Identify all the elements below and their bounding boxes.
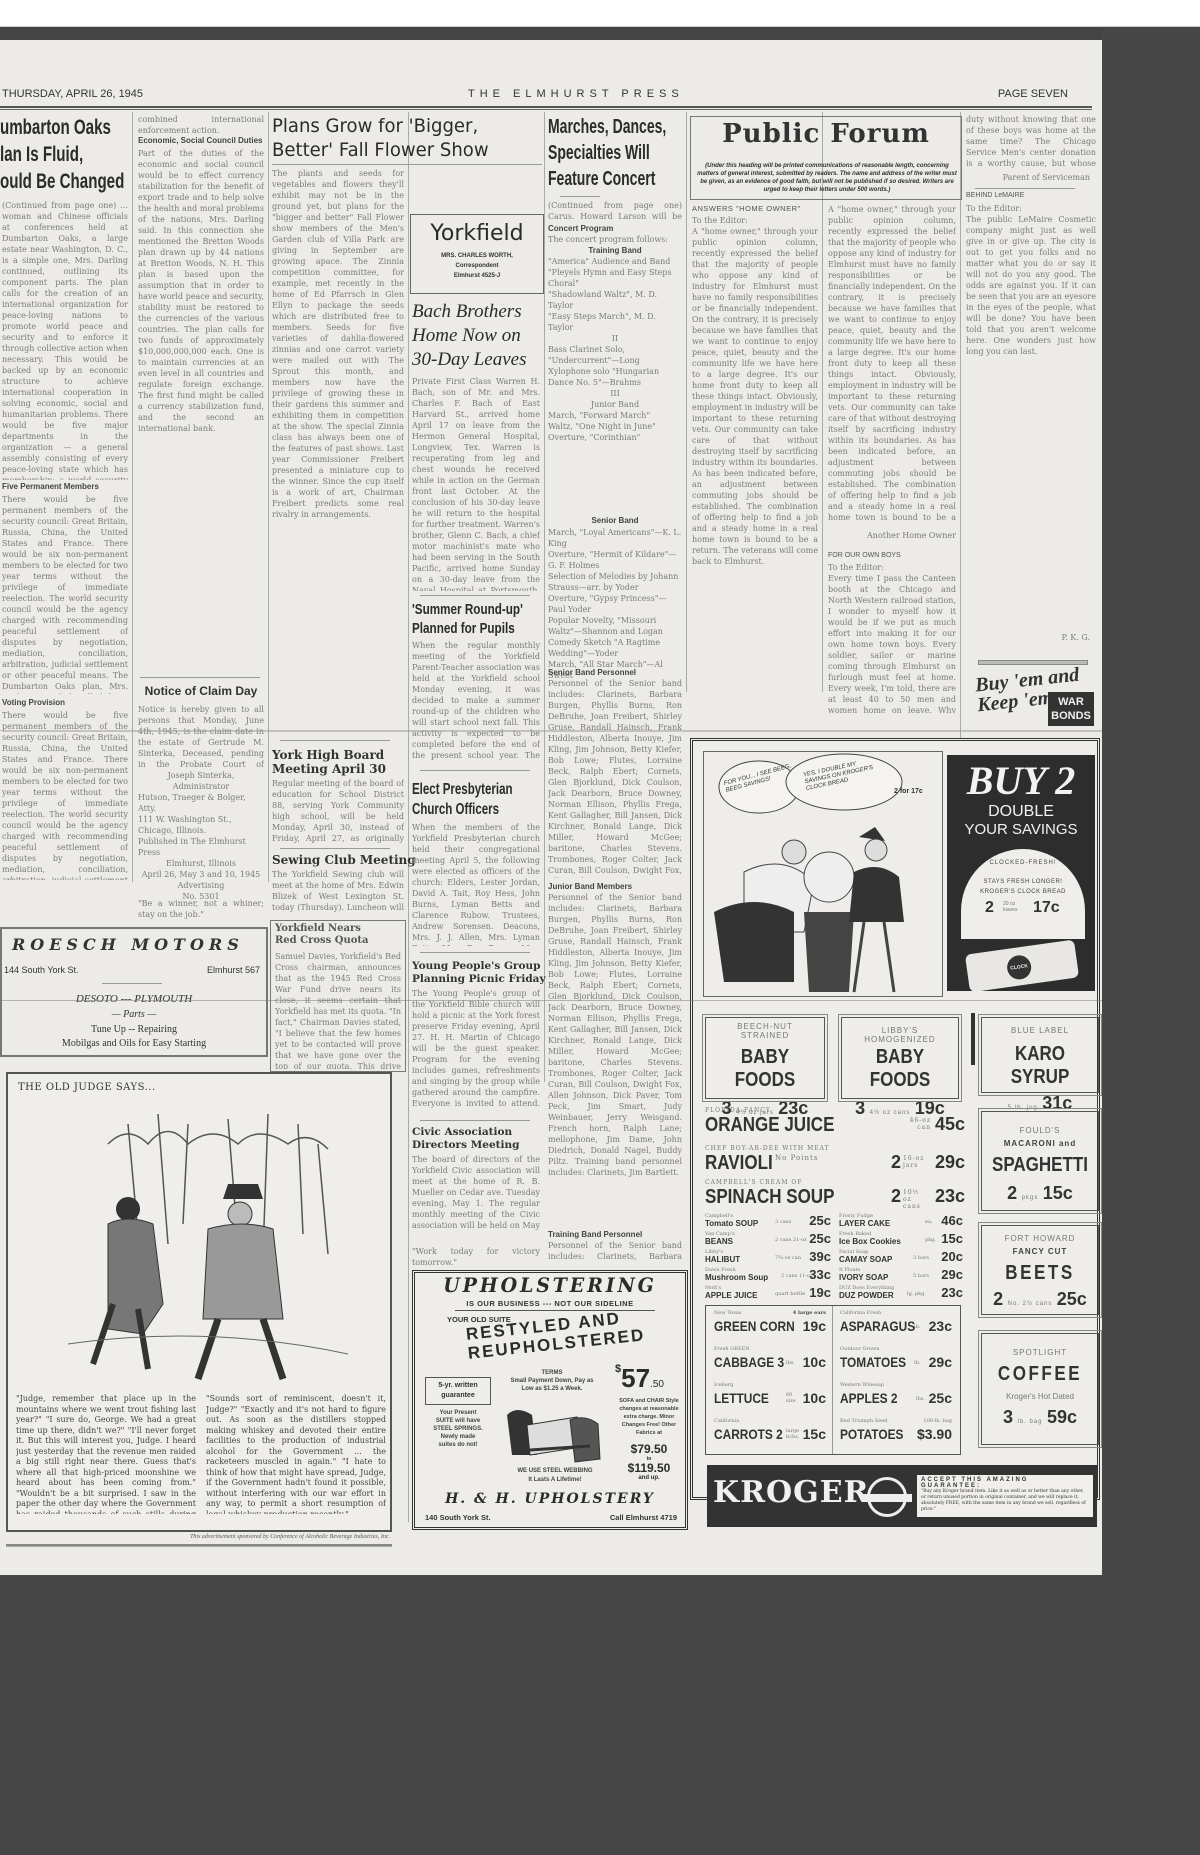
public-forum-title: Public Forum [691, 119, 961, 149]
kroger-logo: KROGER [713, 1475, 870, 1510]
small-item: Frosty FudgeLAYER CAKEea.46c [839, 1213, 963, 1231]
concert-section-items: "America" Audience and Band "Pleyels Hym… [548, 256, 682, 443]
viewer-right-border [1102, 27, 1200, 1855]
concert-senior-band: Senior Band [548, 516, 682, 525]
dumbarton-subhead-2: Voting Provision [2, 698, 65, 707]
uph-price-desc: SOFA and CHAIR Style changes at reasonab… [615, 1397, 683, 1437]
public-forum-notice: (Under this heading will be printed comm… [696, 162, 958, 194]
product-box-libbys: LIBBY'S HOMOGENIZED BABY FOODS 3 4½ oz c… [841, 1017, 959, 1099]
produce-box: New Texas4 large earsGREEN CORN19c Fresh… [705, 1305, 961, 1455]
sewing-body: The Yorkfield Sewing club will meet at t… [272, 869, 404, 913]
issue-date: THURSDAY, APRIL 26, 1945 [2, 88, 143, 100]
kroger-guarantee: ACCEPT THIS AMAZING GUARANTEE: "Buy any … [917, 1475, 1093, 1517]
viewer-top-border [0, 27, 1200, 40]
claim-signer: Joseph Sinterka, [138, 770, 264, 781]
uph-tagline: IS OUR BUSINESS --- NOT OUR SIDELINE [415, 1299, 685, 1308]
flower-show-headline: Plans Grow for 'Bigger, Better' Fall Flo… [272, 114, 489, 162]
concert-headline: Marches, Dances, Specialties Will Featur… [548, 114, 666, 192]
masthead: THURSDAY, APRIL 26, 1945 THE ELMHURST PR… [0, 88, 1100, 104]
old-judge-right-text: "Sounds sort of reminiscent, doesn't it,… [206, 1394, 386, 1514]
yorkfield-phone: Elmhurst 4525-J [411, 273, 543, 279]
page-number: PAGE SEVEN [998, 88, 1068, 100]
civic-headline: Civic Association Directors Meeting [412, 1126, 519, 1152]
product-box-beets: FORT HOWARD FANCY CUT BEETS 2 No. 2½ can… [981, 1225, 1099, 1315]
kroger-seal-icon [867, 1477, 907, 1517]
newspaper-page: THURSDAY, APRIL 26, 1945 THE ELMHURST PR… [0, 40, 1102, 1575]
claim-signer-role: Administrator [138, 781, 264, 792]
viewer-bottom-border [0, 1575, 1102, 1855]
item-ravioli: CHEF BOY-AR-DEE WITH MEAT RAVIOLI No Poi… [705, 1145, 967, 1179]
concert-junior-head: Junior Band Members [548, 882, 632, 891]
red-cross-body: Samuel Davies, Yorkfield's Red Cross cha… [275, 951, 401, 1069]
masthead-rule [0, 106, 1092, 110]
roesch-parts: — Parts — [2, 1009, 266, 1020]
produce-left: New Texas4 large earsGREEN CORN19c Fresh… [714, 1310, 826, 1454]
item-spinach-soup: CAMPBELL'S CREAM OF SPINACH SOUP 2 10½ o… [705, 1179, 967, 1213]
paper-name: THE ELMHURST PRESS [468, 88, 684, 100]
economic-subhead: Economic, Social Council Duties [138, 136, 262, 145]
summer-roundup-headline: 'Summer Round-up' Planned for Pupils [412, 600, 523, 638]
claim-dates: April 26, May 3 and 10, 1945 [138, 869, 264, 880]
roesch-phone: Elmhurst 567 [207, 965, 260, 975]
viewer-top-margin [0, 0, 1200, 27]
roesch-name: ROESCH MOTORS [12, 935, 244, 954]
produce-item: California Freshlb.ASPARAGUS23c [840, 1310, 952, 1346]
ad-upholstering: UPHOLSTERING IS OUR BUSINESS --- NOT OUR… [412, 1270, 688, 1530]
old-judge-sponsor: This advertisement sponsored by Conferen… [180, 1534, 390, 1540]
small-item: Campbell'sTomato SOUP3 cans25c [705, 1213, 831, 1231]
column-divider [132, 112, 133, 882]
economic-body: Part of the duties of the economic and s… [138, 148, 264, 668]
uph-webbing: WE USE STEEL WEBBING It Lasts A Lifetime… [499, 1467, 611, 1485]
product-box-foulds: FOULD'S MACARONI and SPAGHETTI 2 pkgs 15… [981, 1111, 1099, 1211]
york-high-headline: York High Board Meeting April 30 [272, 748, 386, 776]
column-divider [960, 112, 961, 752]
old-judge-title: THE OLD JUDGE SAYS... [18, 1082, 156, 1093]
concert-program-head: Concert Program [548, 224, 613, 233]
bread-loaf: CLOCK [965, 940, 1079, 993]
ad-kroger: FOR YOU... I SEE BEEG, BEEG SAVINGS! YES… [690, 738, 1100, 1500]
uph-price-range: $79.50 to $119.50 and up. [615, 1443, 683, 1481]
yorkfield-title: Yorkfield [411, 221, 543, 246]
small-item: Facial SoapCAMAY SOAP3 bars20c [839, 1249, 963, 1267]
roesch-address: 144 South York St. [4, 965, 79, 975]
uph-springs: Your Present SUITE will have STEEL SPRIN… [433, 1409, 483, 1449]
concert-section-title: Training Band [548, 246, 682, 255]
uph-phone: Call Elmhurst 4719 [610, 1513, 677, 1522]
uph-title: UPHOLSTERING [422, 1273, 679, 1297]
concert-intro: (Continued from page one) Carus. Howard … [548, 200, 682, 222]
uph-guarantee: 5-yr. written guarantee [425, 1377, 491, 1405]
buy-two-panel: BUY 2 DOUBLE YOUR SAVINGS CLOCKED-FRESH!… [947, 755, 1095, 991]
small-items-right: Frosty FudgeLAYER CAKEea.46c Fresh Baked… [839, 1213, 963, 1303]
produce-item: Iceberg60 sizeLETTUCE10c [714, 1382, 826, 1418]
summer-roundup-body: When the regular monthly meeting of the … [412, 640, 540, 760]
product-box-karo: BLUE LABEL KARO SYRUP 5 lb. jug 31c [981, 1017, 1099, 1093]
column-divider [544, 112, 545, 1082]
small-item: It FloatsIVORY SOAP5 bars29c [839, 1267, 963, 1285]
kroger-banner: KROGER ACCEPT THIS AMAZING GUARANTEE: "B… [707, 1465, 1097, 1527]
sofa-illustration [505, 1405, 605, 1465]
small-item: DUZ Does EverythingDUZ POWDERlg. pkg.23c [839, 1285, 963, 1303]
divider-bar [971, 1013, 975, 1065]
economic-lead: combined international enforcement actio… [138, 114, 264, 136]
produce-item: Outdoor Grownlb.TOMATOES29c [840, 1346, 952, 1382]
small-items-left: Campbell'sTomato SOUP3 cans25c Van Camp'… [705, 1213, 831, 1303]
concert-training-body: Personnel of the Senior band includes: C… [548, 1240, 682, 1262]
presbyterian-body: When the members of the Yorkfield Presby… [412, 822, 540, 946]
column-divider [686, 112, 687, 692]
concert-junior-body: Personnel of the Senior band includes: C… [548, 892, 682, 1228]
dumbarton-subhead: Five Permanent Members [2, 482, 99, 491]
civic-body: The board of directors of the Yorkfield … [412, 1154, 540, 1230]
roesch-oils: Mobilgas and Oils for Easy Starting [2, 1038, 266, 1049]
uph-company: H. & H. UPHOLSTERY [415, 1491, 685, 1507]
dumbarton-body-2: There would be five permanent members of… [2, 494, 128, 694]
product-box-coffee: SPOTLIGHT COFFEE Kroger's Hot Dated 3 lb… [981, 1333, 1099, 1445]
presbyterian-headline: Elect Presbyterian Church Officers [412, 780, 513, 820]
red-cross-headline: Yorkfield Nears Red Cross Quota [275, 923, 369, 947]
yorkfield-column-box: Yorkfield MRS. CHARLES WORTH, Correspond… [410, 214, 544, 294]
wide-items: FLORIDA FANCY ORANGE JUICE 46-oz can 45c… [705, 1107, 967, 1213]
claim-day-body: Notice is hereby given to all persons th… [138, 704, 264, 770]
produce-right: California Freshlb.ASPARAGUS23c Outdoor … [840, 1310, 952, 1454]
small-item: Dawn FreshMushroom Soup2 cans 11-oz33c [705, 1267, 831, 1285]
concert-training-head: Training Band Personnel [548, 1230, 642, 1239]
claim-published-city: Elmhurst, Illinois [138, 858, 264, 869]
york-high-body: Regular meeting of the board of educatio… [272, 778, 404, 844]
clock-bread-label: CLOCK [1006, 954, 1033, 981]
uph-terms: TERMS Small Payment Down, Pay as Low as … [509, 1369, 595, 1393]
claim-day-headline: Notice of Claim Day [138, 684, 264, 698]
yorkfield-role: Correspondent [411, 263, 543, 269]
young-people-headline: Young People's Group Planning Picnic Fri… [412, 960, 546, 986]
sewing-headline: Sewing Club Meeting [272, 853, 416, 867]
kroger-cartoon: FOR YOU... I SEE BEEG, BEEG SAVINGS! YES… [703, 751, 943, 997]
buy-two-heading: BUY 2 [947, 757, 1095, 804]
article-red-cross: Yorkfield Nears Red Cross Quota Samuel D… [270, 920, 406, 1072]
column-divider [268, 112, 269, 882]
small-item: Libby'sHALIBUT7¾-oz can39c [705, 1249, 831, 1267]
bubble-price: 2 for 17c [894, 788, 923, 795]
claim-attorney: Hutson, Traeger & Bolger, Atty. [138, 792, 264, 814]
small-item: Mott'sAPPLE JUICEquart bottle19c [705, 1285, 831, 1303]
uph-address: 140 South York St. [425, 1513, 491, 1522]
produce-item: New Texas4 large earsGREEN CORN19c [714, 1310, 826, 1346]
roesch-brands: DESOTO --- PLYMOUTH [2, 993, 266, 1005]
item-orange-juice: FLORIDA FANCY ORANGE JUICE 46-oz can 45c [705, 1107, 967, 1145]
double-text: DOUBLE [947, 803, 1095, 821]
claim-city: Chicago, Illinois. [138, 825, 264, 836]
bach-headline: Bach Brothers Home Now on 30-Day Leaves [412, 300, 527, 372]
young-people-body: The Young People's group of the Yorkfiel… [412, 988, 540, 1108]
bread-price-disc: CLOCKED-FRESH! STAYS FRESH LONGER! KROGE… [961, 849, 1085, 939]
war-bonds-badge: WAR BONDS [1048, 692, 1094, 726]
small-item: Van Camp'sBEANS2 cans 21-oz25c [705, 1231, 831, 1249]
old-judge-rule [6, 1544, 392, 1547]
small-item: Fresh BakedIce Box Cookiespkg.15c [839, 1231, 963, 1249]
claim-quote: "Be a winner, not a whiner; stay on the … [138, 898, 264, 920]
produce-item: Western Winesaplbs.APPLES 225c [840, 1382, 952, 1418]
product-box-beechnut: BEECH-NUT STRAINED BABY FOODS 3 4½ oz ja… [705, 1017, 825, 1099]
dumbarton-body-3: There would be five permanent members of… [2, 710, 128, 880]
bach-body: Private First Class Warren H. Bach, son … [412, 376, 540, 591]
old-judge-illustration [68, 1104, 348, 1394]
flower-show-body: The plants and seeds for vegetables and … [272, 168, 404, 698]
yorkfield-correspondent: MRS. CHARLES WORTH, [411, 253, 543, 259]
civic-quote: "Work today for victory tomorrow." [412, 1246, 540, 1268]
dumbarton-body: (Continued from page one) ... woman and … [2, 200, 128, 480]
produce-item: Red Triumph Seed100-lb. bagPOTATOES$3.90 [840, 1418, 952, 1454]
produce-item: Fresh GREENlbs.CABBAGE 310c [714, 1346, 826, 1382]
concert-program-intro: The concert program follows: [548, 234, 682, 245]
uph-price: $57.50 [615, 1363, 664, 1394]
ad-old-judge: THE OLD JUDGE SAYS... "Judge, remember t… [6, 1072, 392, 1532]
column-divider [408, 112, 409, 1522]
ad-roesch-motors: ROESCH MOTORS 144 South York St. Elmhurs… [0, 927, 268, 1057]
concert-personnel-body: Personnel of the Senior band includes: C… [548, 678, 682, 878]
concert-personnel-head: Senior Band Personnel [548, 668, 636, 677]
roesch-service: Tune Up -- Repairing [2, 1024, 266, 1035]
claim-adv: Advertising [138, 880, 264, 891]
concert-senior-items: March, "Loyal Americans"—K. L. King Over… [548, 527, 682, 681]
dumbarton-headline: umbarton Oaks lan Is Fluid, ould Be Chan… [0, 114, 130, 195]
claim-published: Published in The Elmhurst Press [138, 836, 264, 858]
claim-address: 111 W. Washington St., [138, 814, 264, 825]
produce-item: Californialarge bchs.CARROTS 215c [714, 1418, 826, 1454]
old-judge-left-text: "Judge, remember that place up in the mo… [16, 1394, 196, 1514]
your-savings-text: YOUR SAVINGS [947, 821, 1095, 838]
